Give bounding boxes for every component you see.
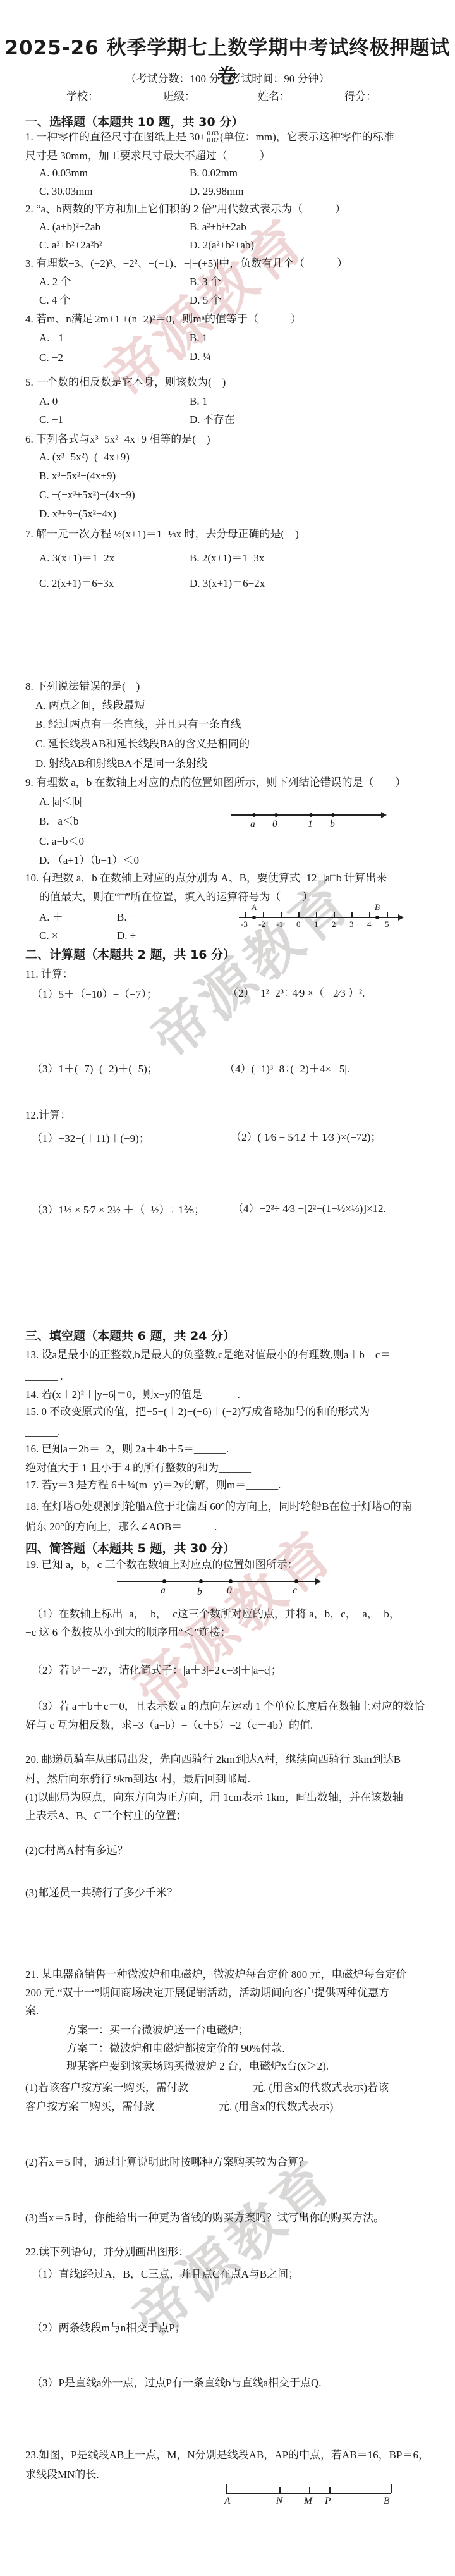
q21-part1-line1: (1)若该客户按方案一购买，需付款____________元. (用含x的代数式… <box>25 2081 389 2094</box>
q9-point-b <box>331 813 335 817</box>
q19-label-a: a <box>161 1586 166 1596</box>
q4-stem: 4. 若m、n满足|2m+1|+(n−2)²＝0，则mⁿ的值等于（ ） <box>25 312 301 326</box>
q4-option-d: D. ¼ <box>190 350 211 363</box>
q23-label-M: M <box>304 2496 312 2506</box>
q10-tick-label: 5 <box>385 920 389 928</box>
q10-option-a: A. ＋ <box>39 911 63 924</box>
q10-option-d: D. ÷ <box>117 929 136 942</box>
q4-option-c: C. −2 <box>39 351 63 364</box>
q23-stem-line1: 23.如图，P是线段AB上一点，M，N分别是线段AB，AP的中点，若AB＝16，… <box>25 2448 429 2462</box>
q3-option-a: A. 2 个 <box>39 275 71 288</box>
q21-plan1: 方案一：买一台微波炉送一台电磁炉； <box>66 2023 249 2037</box>
q20-stem-line1: 20. 邮递员骑车从邮局出发，先向西骑行 2km到达A村，继续向西骑行 3km到… <box>25 1753 401 1766</box>
q21-plan2: 方案二：微波炉和电磁炉都按定价的 90%付款. <box>66 2042 285 2055</box>
score-field: 得分：________ <box>344 90 420 103</box>
q10-point-B <box>375 916 379 919</box>
q20-part3: (3)邮递员一共骑行了多少千米？ <box>25 1886 178 1899</box>
q19-part3-line2: 好与 c 互为相反数，求−3（a−b）−（c＋5）−2（c＋4b）的值. <box>25 1719 313 1732</box>
section-2-heading: 二、计算题（本题共 2 题，共 16 分） <box>25 945 235 962</box>
q18-stem-line2: 偏东 20°的方向上，那么∠AOB＝______. <box>25 1520 217 1533</box>
q12-part1: （1）−32−(＋11)＋(−9)； <box>32 1132 150 1145</box>
q10-tick <box>316 912 317 917</box>
q23-tick-N <box>279 2487 281 2493</box>
q21-part1-line2: 客户按方案二购买，需付款____________元. (用含x的代数式表示) <box>25 2100 333 2113</box>
q9-option-d: D. （a+1）（b−1）＜0 <box>39 854 139 867</box>
q19-label-b: b <box>197 1587 202 1597</box>
q10-numberline-figure: -3 -2 -1 0 1 2 3 4 5 A B <box>239 902 408 933</box>
q9-option-c: C. a−b＜0 <box>39 835 84 848</box>
q7-option-c: C. 2(x+1)＝6−3x <box>39 577 114 590</box>
q2-option-d: D. 2(a²+b²+ab) <box>190 238 254 252</box>
q20-stem-line2: 村，然后向东骑行 9km到达C村，最后回到邮局. <box>25 1772 250 1786</box>
q10-tick-label: -3 <box>241 920 248 928</box>
q10-label-B: B <box>375 903 380 911</box>
q6-option-d: D. x³+9−(5x²−4x) <box>39 507 116 520</box>
q19-label-0: 0 <box>227 1586 232 1596</box>
class-field: 班级：_________ <box>163 90 244 103</box>
q9-option-b: B. −a＜b <box>39 814 78 828</box>
exam-paper-page: 帝源教育 帝源教育 帝源教育 帝源教育 2025-26 秋季学期七上数学期中考试… <box>0 0 455 2576</box>
q9-point-1 <box>309 813 313 817</box>
q10-point-A <box>252 916 256 919</box>
q19-point-b <box>199 1579 203 1583</box>
q15-stem-line1: 15. 0 不改变原式的值，把−5−(＋2)−(−6)＋(−2)写成省略加号的和… <box>25 1405 370 1418</box>
q9-label-b: b <box>330 819 335 830</box>
q11-part1: （1）5＋（−10）−（−7）； <box>32 988 157 1001</box>
q8-option-d: D. 射线AB和射线BA不是同一条射线 <box>35 757 207 770</box>
q23-label-N: N <box>276 2496 282 2506</box>
q8-stem: 8. 下列说法错误的是( ) <box>25 680 140 693</box>
q9-label-a: a <box>250 819 255 830</box>
q23-segment-line <box>226 2493 391 2494</box>
q1-stem-line1: 1. 一种零件的直径尺寸在图纸上是 30±0.030.02(单位：mm)，它表示… <box>25 130 394 144</box>
q1-stem-pre: 1. 一种零件的直径尺寸在图纸上是 30± <box>25 131 206 143</box>
q19-point-a <box>162 1579 166 1583</box>
q21-stem-line1: 21. 某电器商销售一种微波炉和电磁炉，微波炉每台定价 800 元，电磁炉每台定… <box>25 1968 407 1981</box>
q5-option-b: B. 1 <box>190 395 207 408</box>
q7-option-b: B. 2(x+1)＝1−3x <box>190 551 264 565</box>
q10-tick-label: -2 <box>258 920 265 928</box>
exam-meta: （考试分数：100 分；考试时间：90 分钟） <box>0 70 455 85</box>
q10-tick-label: 2 <box>332 920 336 928</box>
q15-blank: ______. <box>25 1425 60 1438</box>
q20-part1-line1: (1)以邮局为原点，向东方向为正方向，用 1cm表示 1km，画出数轴，并在该数… <box>25 1791 403 1804</box>
q12-part4: （4）−2²÷ 4⁄3 −[2²−(1−½×⅓)]×12. <box>233 1202 386 1215</box>
q19-point-c <box>294 1579 298 1583</box>
q22-part2: （2）两条线段m与n相交于点P； <box>32 2321 186 2334</box>
q3-stem: 3. 有理数−3、(−2)³、−2²、−(−1)、−|−(+5)|中，负数有几个… <box>25 257 348 270</box>
q9-stem: 9. 有理数 a，b 在数轴上对应的点的位置如图所示，则下列结论错误的是（ ） <box>25 776 406 789</box>
q16-stem-line1: 16. 已知a＋2b＝−2，则 2a＋4b＋5＝______. <box>25 1442 229 1456</box>
q21-stem-line2: 200 元.“双十一”期间商场决定开展促销活动，活动期间向客户提供两种优惠方 <box>25 1986 389 1999</box>
q9-point-0 <box>274 813 278 817</box>
q10-tick-label: 1 <box>314 920 318 928</box>
q20-part1-line2: 上表示A、B、C三个村庄的位置； <box>25 1809 187 1822</box>
q21-stem-line3: 案. <box>25 2004 39 2017</box>
q7-option-d: D. 3(x+1)＝6−2x <box>190 577 265 590</box>
q1-stem-post: (单位：mm)，它表示这种零件的标准 <box>220 131 394 143</box>
q23-label-B: B <box>384 2496 389 2506</box>
q1-stem-line2: 尺寸是 30mm，加工要求尺寸最大不超过（ ） <box>25 149 270 163</box>
q19-part3-line1: （3）若 a＋b＋c＝0，且表示数 a 的点向左运动 1 个单位长度后在数轴上对… <box>32 1700 425 1713</box>
q10-tick-label: 3 <box>349 920 354 928</box>
q3-option-d: D. 5 个 <box>190 293 222 307</box>
q11-part3: （3）1＋(−7)−(−2)＋(−5)； <box>32 1062 158 1076</box>
q1-tolerance: 0.030.02 <box>207 130 219 144</box>
q7-stem: 7. 解一元一次方程 ½(x+1)＝1−⅓x 时，去分母正确的是( ) <box>25 527 299 541</box>
q2-option-c: C. a²+b²+2a²b² <box>39 238 102 252</box>
q7-option-a: A. 3(x+1)＝1−2x <box>39 551 114 565</box>
q9-label-0: 0 <box>272 819 277 830</box>
q3-option-b: B. 3 个 <box>190 275 221 288</box>
q10-tick <box>387 912 388 917</box>
q19-axis-arrow <box>315 1578 321 1585</box>
q11-label: 11. 计算： <box>25 967 73 981</box>
q5-option-d: D. 不存在 <box>190 413 235 426</box>
q23-end-tick-A <box>226 2484 227 2493</box>
q1-option-d: D. 29.98mm <box>190 185 243 198</box>
q2-option-a: A. (a+b)²+2ab <box>39 220 100 233</box>
q19-label-c: c <box>293 1586 297 1596</box>
q12-part2: （2）( 1⁄6 − 5⁄12 ＋ 1⁄3 )×(−72)； <box>231 1131 381 1144</box>
q22-part3: （3）P是直线a外一点，过点P有一条直线b与直线a相交于点Q. <box>32 2376 322 2389</box>
q10-tick <box>245 912 246 917</box>
q8-option-a: A. 两点之间，线段最短 <box>35 699 145 712</box>
q22-label: 22.读下列语句，并分别画出图形： <box>25 2245 189 2259</box>
q3-option-c: C. 4 个 <box>39 293 71 307</box>
q10-tick <box>351 912 353 917</box>
q10-tick-label: -1 <box>276 920 283 928</box>
q9-axis-arrow <box>381 812 387 818</box>
q23-label-A: A <box>224 2496 230 2506</box>
school-field: 学校：_________ <box>66 90 147 103</box>
q19-point-0 <box>229 1579 233 1583</box>
q21-condition: 现某客户要到该卖场购买微波炉 2 台，电磁炉x台(x＞2). <box>66 2059 329 2073</box>
q1-option-a: A. 0.03mm <box>39 166 88 180</box>
q19-part2: （2）若 b³＝−27，请化简式子：|a＋3|−2|c−3|＋|a−c|； <box>32 1664 282 1677</box>
q10-tick <box>263 912 264 917</box>
q10-option-c: C. × <box>39 929 58 942</box>
section-3-heading: 三、填空题（本题共 6 题，共 24 分） <box>25 1327 235 1344</box>
q9-point-a <box>252 813 256 817</box>
q9-label-1: 1 <box>308 819 313 830</box>
name-field: 姓名：________ <box>258 90 333 103</box>
q5-option-c: C. −1 <box>39 413 63 426</box>
q1-tolerance-bottom: 0.02 <box>207 137 219 144</box>
q6-stem: 6. 下列各式与x³−5x²−4x+9 相等的是( ) <box>25 432 210 446</box>
q8-option-b: B. 经过两点有一条直线，并且只有一条直线 <box>35 718 241 731</box>
q9-option-a: A. |a|＜|b| <box>39 795 82 808</box>
q19-stem: 19. 已知 a，b，c 三个数在数轴上对应点的位置如图所示： <box>25 1558 298 1571</box>
q18-stem-line1: 18. 在灯塔O处观测到轮船A位于北偏西 60°的方向上，同时轮船B在位于灯塔O… <box>25 1500 412 1513</box>
q10-label-A: A <box>252 903 257 911</box>
q19-part1-line1: （1）在数轴上标出−a，−b，−c这三个数所对应的点，并将 a，b，c，−a，−… <box>32 1607 400 1621</box>
q10-tick-label: 4 <box>367 920 372 928</box>
q5-option-a: A. 0 <box>39 395 58 408</box>
q16-stem-line2: 绝对值大于 1 且小于 4 的所有整数的和为______ <box>25 1461 251 1475</box>
q11-part4: （4）(−1)³−8÷(−2)＋4×|−5|. <box>224 1062 349 1076</box>
q1-tolerance-top: 0.03 <box>207 130 219 137</box>
q8-option-c: C. 延长线段AB和延长线段BA的含义是相同的 <box>35 737 250 751</box>
q1-option-c: C. 30.03mm <box>39 185 93 198</box>
q6-option-b: B. x³−5x²−(4x+9) <box>39 469 116 482</box>
q11-part2: （2）−1²−2³÷ 4⁄9 ×（− 2⁄3 ）². <box>227 986 365 1000</box>
q10-tick <box>334 912 335 917</box>
q12-part3: （3）1½ × 5⁄7 × 2½ ＋（−½）÷ 1⅖； <box>32 1203 205 1217</box>
q21-part2: (2)若x＝5 时，通过计算说明此时按哪种方案购买较为合算？ <box>25 2156 309 2169</box>
q10-option-b: B. − <box>117 911 135 924</box>
q6-option-a: A. (x³−5x²)−(−4x+9) <box>39 450 130 463</box>
q10-tick <box>369 912 370 917</box>
q13-stem-line1: 13. 设a是最小的正整数,b是最大的负整数,c是绝对值最小的有理数,则a＋b＋… <box>25 1348 391 1361</box>
q23-segment-figure: A N M P B <box>224 2476 396 2510</box>
q12-label: 12.计算： <box>25 1108 71 1122</box>
q4-option-b: B. 1 <box>190 331 207 345</box>
q21-part3: (3)当x＝5 时，你能给出一种更为省钱的购买方案吗？试写出你的购买方法。 <box>25 2211 384 2224</box>
q19-axis-line <box>117 1581 317 1582</box>
q1-option-b: B. 0.02mm <box>190 166 238 180</box>
q2-stem: 2. “a、b两数的平方和加上它们积的 2 倍”用代数式表示为（ ） <box>25 202 346 216</box>
q23-end-tick-B <box>391 2484 392 2493</box>
q10-tick <box>281 912 282 917</box>
q23-stem-line2: 求线段MN的长. <box>25 2468 99 2481</box>
q2-option-b: B. a²+b²+2ab <box>190 220 246 233</box>
q13-blank: ______ . <box>25 1370 63 1383</box>
q19-part1-line2: −c 这 6 个数按从小到大的顺序用“＜”连接； <box>25 1626 231 1639</box>
section-4-heading: 四、简答题（本题共 5 题，共 30 分） <box>25 1539 235 1556</box>
q10-axis-arrow <box>398 914 404 921</box>
q23-label-P: P <box>325 2496 331 2506</box>
q6-option-c: C. −(−x³+5x²)−(4x−9) <box>39 488 135 501</box>
q10-tick-label: 0 <box>296 920 301 928</box>
q10-stem-line1: 10. 有理数 a，b 在数轴上对应的点分别为 A、B，要使算式−12−|a□b… <box>25 871 387 885</box>
q9-numberline-figure: a 0 1 b <box>231 807 392 835</box>
q22-part1: （1）直线l经过A，B，C三点，并且点C在点A与B之间； <box>32 2267 299 2281</box>
q19-numberline-figure: a b 0 c <box>117 1572 329 1601</box>
q20-part2: (2)C村离A村有多远？ <box>25 1844 128 1857</box>
section-1-heading: 一、选择题（本题共 10 题，共 30 分） <box>25 113 243 130</box>
q23-tick-P <box>329 2487 331 2493</box>
q10-tick <box>298 912 300 917</box>
q17-stem: 17. 若y＝3 是方程 6＋¼(m−y)＝2y的解，则m＝______. <box>25 1478 281 1492</box>
q5-stem: 5. 一个数的相反数是它本身，则该数为( ) <box>25 376 226 389</box>
q14-stem: 14. 若(x＋2)²＋|y−6|＝0，则x−y的值是______ . <box>25 1388 240 1401</box>
q4-option-a: A. −1 <box>39 331 64 345</box>
q23-tick-M <box>309 2487 310 2493</box>
